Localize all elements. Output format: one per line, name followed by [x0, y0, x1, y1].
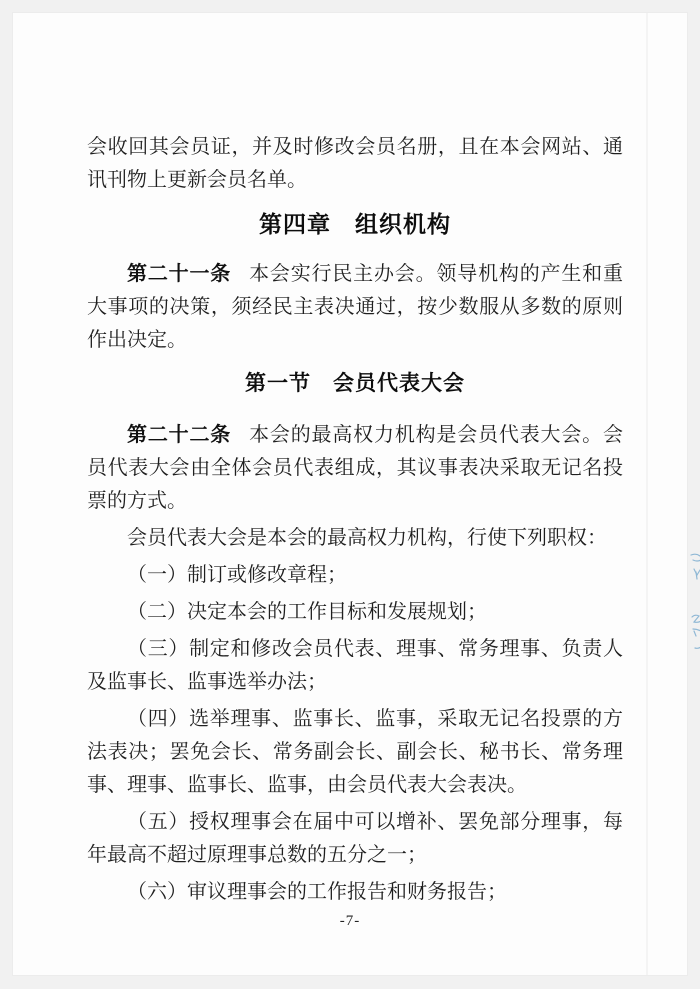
- chapter-heading: 第四章 组织机构: [87, 204, 623, 244]
- power-item-2: （二）决定本会的工作目标和发展规划；: [87, 596, 623, 629]
- power-item-6: （六）审议理事会的工作报告和财务报告；: [87, 876, 623, 909]
- scan-crease-line: [646, 13, 648, 975]
- article-21-paragraph: 第二十一条本会实行民主办会。领导机构的产生和重大事项的决策，须经民主表决通过，按…: [87, 258, 623, 357]
- power-item-1: （一）制订或修改章程；: [87, 559, 623, 592]
- scanned-document-screenshot: { "page": { "number_label": "-7-", "back…: [0, 0, 700, 989]
- section-heading: 第一节 会员代表大会: [87, 366, 623, 402]
- handwritten-margin-marks-icon: [681, 551, 700, 671]
- page-number: -7-: [13, 913, 687, 930]
- power-item-4: （四）选举理事、监事长、监事，采取无记名投票的方法表决；罢免会长、常务副会长、副…: [87, 703, 623, 802]
- paragraph-continuation: 会收回其会员证，并及时修改会员名册，且在本会网站、通讯刊物上更新会员名单。: [87, 131, 623, 197]
- article-21-label: 第二十一条: [127, 263, 231, 285]
- power-item-3: （三）制定和修改会员代表、理事、常务理事、负责人及监事长、监事选举办法；: [87, 633, 623, 699]
- article-22-label: 第二十二条: [127, 424, 231, 446]
- document-page: 会收回其会员证，并及时修改会员名册，且在本会网站、通讯刊物上更新会员名单。 第四…: [12, 12, 688, 976]
- powers-intro-paragraph: 会员代表大会是本会的最高权力机构，行使下列职权：: [87, 522, 623, 555]
- page-content: 会收回其会员证，并及时修改会员名册，且在本会网站、通讯刊物上更新会员名单。 第四…: [87, 131, 623, 913]
- power-item-5: （五）授权理事会在届中可以增补、罢免部分理事，每年最高不超过原理事总数的五分之一…: [87, 806, 623, 872]
- article-22-paragraph: 第二十二条本会的最高权力机构是会员代表大会。会员代表大会由全体会员代表组成，其议…: [87, 419, 623, 518]
